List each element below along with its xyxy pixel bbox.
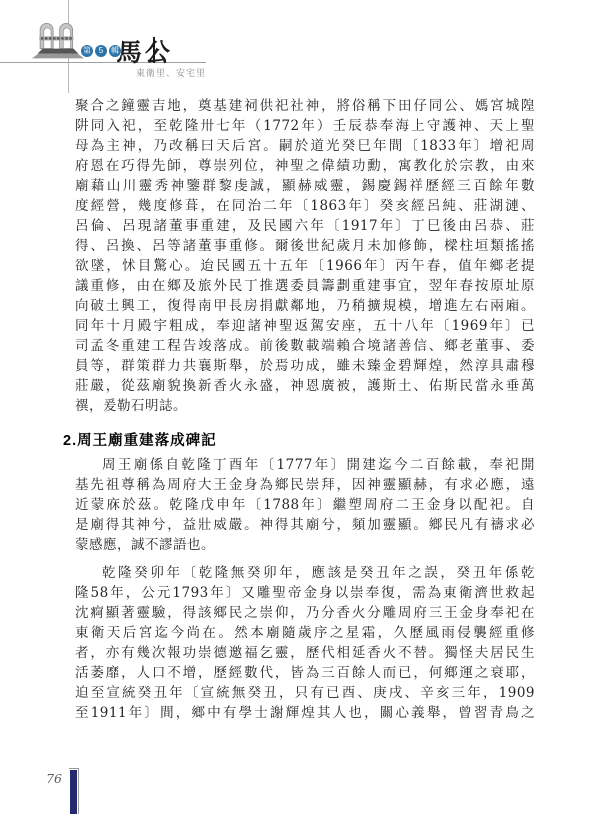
text-line: 是廟得其神兮，益壯威嚴。神得其廟兮，頻加靈顯。鄉民凡有禱求必 [75,515,535,535]
paragraph-tianhou-temple: 聚合之鐘靈吉地，奠基建祠供祀社神，將俗稱下田仔同公、媽宮城隍阱同入祀，至乾隆卅七… [75,96,535,416]
text-line: 司孟冬重建工程告竣落成。前後數載端賴合境諸善信、鄉老董事、委 [75,336,535,356]
text-line: 周王廟係自乾隆丁酉年〔1777年〕開建迄今二百餘載，奉祀開 [75,455,535,475]
title-divider [153,37,155,63]
text-line: 至1911年〕間，鄉中有學士謝輝煌其人也，關心義舉，曾習青鳥之 [75,703,535,723]
text-line: 莊嚴，從茲廟貌換新香火永盛，神恩廣被，護斯土、佑斯民當永垂萬 [75,376,535,396]
text-line: 府恩在巧得先師，尊崇列位，神聖之偉績功勳，寓教化於宗教，由來 [75,156,535,176]
text-line: 沈痾顯著靈驗，得該鄉民之崇仰，乃分香火分雕周府三王金身奉祀在 [75,603,535,623]
text-line: 禩，爰勒石明誌。 [75,396,535,416]
paragraph-zhouwang-temple-1: 周王廟係自乾隆丁酉年〔1777年〕開建迄今二百餘載，奉祀開基先祖尊稱為周府大王金… [75,455,535,555]
series-badge-group: 第 5 輯 [81,45,121,57]
text-line: 阱同入祀，至乾隆卅七年（1772年）壬辰恭奉海上守護神、天上聖 [75,116,535,136]
text-line: 活萎靡，人口不增，歷經數代，皆為三百餘人而已，何鄉運之衰耶， [75,663,535,683]
text-line: 度經營，幾度修葺，在同治二年〔1863年〕癸亥經呂純、莊湖漣、 [75,196,535,216]
text-line: 母為主神，乃改稱曰天后宮。嗣於道光癸巳年間〔1833年〕增祀周 [75,136,535,156]
text-line: 乾隆癸卯年〔乾隆無癸卯年，應該是癸丑年之誤，癸丑年係乾 [75,563,535,583]
text-line: 隆58年，公元1793年〕又雕聖帝金身以崇奉復，需為東衛濟世救起 [75,583,535,603]
text-line: 議重修，由在鄉及旅外民丁推選委員籌劃重建事宜，翌年春按原址原 [75,276,535,296]
text-line: 聚合之鐘靈吉地，奠基建祠供祀社神，將俗稱下田仔同公、媽宮城隍 [75,96,535,116]
text-line: 廟藉山川靈秀神鑒群黎虔誠，顯赫威靈，錫慶錫祥歷經三百餘年數 [75,176,535,196]
text-line: 同年十月殿宇粗成，奉迎諸神聖返駕安座，五十八年〔1969年〕已 [75,316,535,336]
text-line: 近蒙庥於茲。乾隆戊申年〔1788年〕繼塑周府二王金身以配祀。自 [75,495,535,515]
series-badge: 5 [95,45,107,57]
text-line: 迫至宣統癸丑年〔宣統無癸丑，只有已酉、庚戌、辛亥三年，1909 [75,683,535,703]
text-line: 欲墜，怵目驚心。迨民國五十五年〔1966年〕丙午春，值年鄉老提 [75,256,535,276]
series-badge: 第 [81,45,93,57]
section-heading: 2.周王廟重建落成碑記 [63,429,217,450]
temple-gate-icon [32,13,84,63]
text-line: 員等，群策群力共襄斯舉，於焉功成，雖未臻金碧輝煌，然淳具肅穆 [75,356,535,376]
text-line: 東衛天后宮迄今尚在。然本廟隨歲序之星霜，久歷風雨侵襲經重修 [75,623,535,643]
chapter-title: 馬公 [116,33,175,69]
text-line: 者，亦有幾次報功崇德邀福乞靈，歷代相延香火不替。獨怪夫居民生 [75,643,535,663]
text-line: 呂倫、呂現諸董事重建，及民國六年〔1917年〕丁巳後由呂恭、莊 [75,216,535,236]
text-line: 基先祖尊稱為周府大王金身為鄉民崇拜，因神靈顯赫，有求必應，遠 [75,475,535,495]
text-line: 蒙感應，誠不謬語也。 [75,535,535,555]
document-page: 第 5 輯 馬公 東衛里、安宅里 聚合之鐘靈吉地，奠基建祠供祀社神，將俗稱下田仔… [0,0,600,814]
header-rule [0,62,206,63]
footer-accent-bar [70,770,77,814]
header-subtitle: 東衛里、安宅里 [0,66,206,79]
text-line: 向破土興工，復得南甲長房捐獻鄰地，乃稍擴規模，增進左右兩廂。 [75,296,535,316]
paragraph-zhouwang-temple-2: 乾隆癸卯年〔乾隆無癸卯年，應該是癸丑年之誤，癸丑年係乾隆58年，公元1793年〕… [75,563,535,723]
text-line: 得、呂換、呂等諸董事重修。爾後世紀歲月未加修飾，樑柱垣類搖搖 [75,236,535,256]
page-number: 76 [40,771,62,786]
